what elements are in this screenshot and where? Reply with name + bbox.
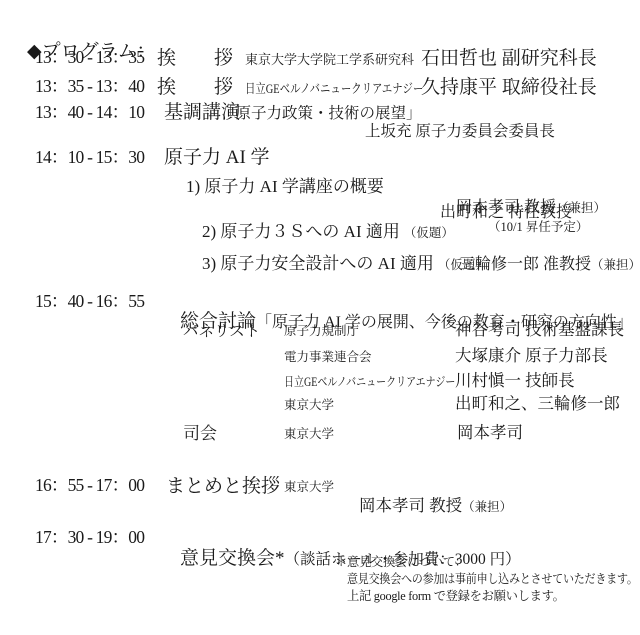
- session2-person: 久持康平 取締役社長: [421, 76, 597, 100]
- session4-title: 原子力 AI 学: [164, 146, 270, 170]
- session5-time: 15：40 - 16：55: [35, 291, 144, 313]
- session1-title: 挨 拶: [157, 47, 233, 71]
- session2-time: 13：35 - 13：40: [35, 76, 144, 98]
- moderator-label: 司会: [183, 423, 217, 444]
- session7-title-main: 意見交換会*: [180, 548, 285, 569]
- session5-panelist-label: パネリスト: [183, 322, 260, 341]
- session3-time: 13：40 - 14：10: [35, 102, 144, 124]
- session1-time: 13：30 - 13：35: [35, 47, 144, 69]
- session1-person: 石田哲也 副研究科長: [421, 47, 597, 71]
- session4-time: 14：10 - 15：30: [35, 147, 144, 169]
- panelist3-org: 日立GEベルノバニュークリアエナジー: [284, 375, 455, 391]
- session6-time: 16：55 - 17：00: [35, 475, 144, 497]
- footnote-line3: 上記 google form で登録をお願いします。: [347, 589, 565, 604]
- session6-title: まとめと挨拶: [166, 475, 280, 499]
- session4-item3-person: 三輪修一郎 准教授（兼担）: [443, 235, 640, 295]
- moderator-org: 東京大学: [284, 427, 334, 443]
- footnote-line2: 意見交換会への参加は事前申し込みとさせていただきます。: [347, 572, 638, 587]
- footnote-heading: ＊意見交換会について：: [335, 555, 467, 570]
- session3-talk-title: 「原子力政策・技術の展望」: [220, 104, 422, 123]
- session1-org: 東京大学大学院工学系研究科: [245, 52, 414, 68]
- panelist2-org: 電力事業連合会: [284, 350, 372, 366]
- panelist4-person: 出町和之、三輪修一郎: [455, 394, 620, 415]
- panelist1-person: 神谷考司 技術基盤課長: [455, 320, 624, 341]
- session4-item1-label: 1) 原子力 AI 学講座の概要: [186, 176, 384, 197]
- session7-time: 17：30 - 19：00: [35, 527, 144, 549]
- session3-speaker: 上坂充 原子力委員会委員長: [365, 122, 555, 141]
- session6-person-name: 岡本孝司 教授: [359, 496, 462, 515]
- panelist2-person: 大塚康介 原子力部長: [455, 346, 608, 367]
- session4-item3-person-name: 三輪修一郎 准教授: [459, 256, 591, 273]
- session6-person-note: （兼担）: [462, 500, 512, 514]
- session4-item3-person-note: （兼担）: [591, 258, 640, 272]
- session4-item3-label-text: 3) 原子力安全設計への AI 適用: [202, 254, 434, 273]
- session2-org: 日立GEベルノバニュークリアエナジー: [245, 81, 423, 97]
- session6-org: 東京大学: [284, 480, 334, 496]
- program-document: ◆プログラム： 13：30 - 13：35 挨 拶 東京大学大学院工学系研究科 …: [0, 0, 640, 635]
- panelist1-org: 原子力規制庁: [284, 324, 359, 340]
- session2-title: 挨 拶: [157, 76, 233, 100]
- panelist3-person: 川村愼一 技師長: [455, 371, 575, 392]
- session4-item2-promotion-note: （10/1 昇任予定）: [488, 220, 588, 236]
- panelist4-org: 東京大学: [284, 398, 334, 414]
- moderator-person: 岡本孝司: [457, 423, 523, 444]
